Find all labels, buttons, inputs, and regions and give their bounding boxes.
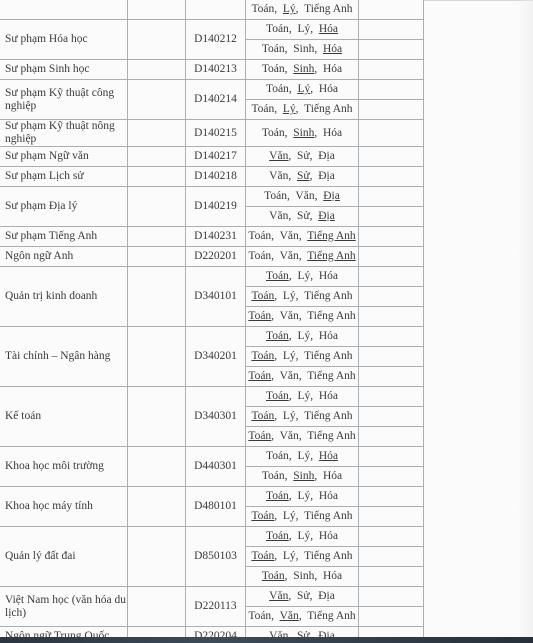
blank-cell <box>359 147 424 167</box>
subject-combination: Toán, Lý, Hóa <box>246 487 359 507</box>
subject: Sử <box>297 590 310 602</box>
subject-combination: Toán, Lý, Tiếng Anh <box>246 347 359 367</box>
subject: Sử <box>297 170 310 182</box>
subject-combination: Toán, Lý, Hóa <box>246 327 359 347</box>
subject: Hóa <box>319 490 338 502</box>
subject-combination: Toán, Sinh, Hóa <box>246 467 359 487</box>
major-name: Khoa học máy tính <box>0 487 128 527</box>
subject-combination: Toán, Văn, Tiếng Anh <box>246 227 359 247</box>
subject-combination: Toán, Sinh, Hóa <box>246 60 359 80</box>
subject-combination: Toán, Lý, Hóa <box>246 387 359 407</box>
subject: Toán <box>248 230 271 242</box>
major-code: D340101 <box>186 267 246 327</box>
subject: Hóa <box>319 330 338 342</box>
subject: Lý <box>297 270 310 282</box>
major-name: Sư phạm Kỹ thuật công nghiệp <box>0 80 128 120</box>
major-name: Sư phạm Hóa học <box>0 20 128 60</box>
subject-combination: Toán, Lý, Hóa <box>246 267 359 287</box>
table-row: Sư phạm Tiếng AnhD140231Toán, Văn, Tiếng… <box>0 227 424 247</box>
subject: Văn <box>280 370 299 382</box>
table-row: Khoa học máy tínhD480101Toán, Lý, Hóa <box>0 487 424 507</box>
major-code: D440301 <box>186 447 246 487</box>
subject-combination: Toán, Lý, Hóa <box>246 20 359 40</box>
subject-combination: Toán, Lý, Tiếng Anh <box>246 547 359 567</box>
blank-cell <box>128 387 186 447</box>
table-row: Sư phạm Lịch sửD140218Văn, Sử, Địa <box>0 167 424 187</box>
subject: Văn <box>280 230 299 242</box>
subject: Hóa <box>323 470 342 482</box>
blank-cell <box>128 147 186 167</box>
subject: Toán <box>262 570 285 582</box>
subject: Sử <box>297 210 310 222</box>
subject: Tiếng Anh <box>307 370 355 382</box>
blank-cell <box>128 487 186 527</box>
subject: Văn <box>269 590 288 602</box>
subject-combination: Văn, Sử, Địa <box>246 207 359 227</box>
subject: Địa <box>323 190 340 202</box>
subject-combination: Văn, Sử, Địa <box>246 587 359 607</box>
subject: Toán <box>266 450 289 462</box>
subject: Văn <box>280 250 299 262</box>
subject-combination: Toán, Văn, Tiếng Anh <box>246 427 359 447</box>
blank-cell <box>128 0 186 20</box>
blank-cell <box>128 247 186 267</box>
subject: Toán <box>251 290 274 302</box>
blank-cell <box>128 447 186 487</box>
subject: Tiếng Anh <box>304 510 352 522</box>
subject-combination: Toán, Sinh, Hóa <box>246 40 359 60</box>
major-code <box>186 0 246 20</box>
blank-cell <box>359 447 424 467</box>
blank-cell <box>128 327 186 387</box>
blank-cell <box>359 347 424 367</box>
blank-cell <box>128 80 186 120</box>
blank-cell <box>359 207 424 227</box>
blank-cell <box>359 60 424 80</box>
subject: Tiếng Anh <box>304 3 352 15</box>
blank-cell <box>359 407 424 427</box>
blank-cell <box>359 267 424 287</box>
scanner-bottom-edge <box>0 637 533 643</box>
table-row: Sư phạm Hóa họcD140212Toán, Lý, Hóa <box>0 20 424 40</box>
blank-cell <box>359 100 424 120</box>
subject: Lý <box>297 390 310 402</box>
subject: Lý <box>297 83 310 95</box>
subject-combination: Toán, Lý, Tiếng Anh <box>246 100 359 120</box>
subject-combination: Toán, Văn, Tiếng Anh <box>246 367 359 387</box>
major-name: Quản lý đất đai <box>0 527 128 587</box>
major-code: D140212 <box>186 20 246 60</box>
major-name: Sư phạm Ngữ văn <box>0 147 128 167</box>
subject-combination: Toán, Văn, Địa <box>246 187 359 207</box>
blank-cell <box>359 307 424 327</box>
table-row: Sư phạm Địa lýD140219Toán, Văn, Địa <box>0 187 424 207</box>
page-edge-shadow <box>517 0 533 637</box>
subject: Văn <box>280 610 299 622</box>
blank-cell <box>128 267 186 327</box>
subject-combination: Toán, Văn, Tiếng Anh <box>246 307 359 327</box>
subject: Toán <box>248 370 271 382</box>
subject: Lý <box>283 3 296 15</box>
subject: Văn <box>295 190 314 202</box>
subject: Toán <box>248 310 271 322</box>
subject: Tiếng Anh <box>304 410 352 422</box>
subject: Lý <box>297 490 310 502</box>
major-code: D140217 <box>186 147 246 167</box>
subject-combination: Toán, Sinh, Hóa <box>246 120 359 147</box>
subject-combination: Toán, Lý, Hóa <box>246 447 359 467</box>
major-name: Sư phạm Tiếng Anh <box>0 227 128 247</box>
blank-cell <box>128 20 186 60</box>
major-name: Ngôn ngữ Anh <box>0 247 128 267</box>
major-name: Khoa học môi trường <box>0 447 128 487</box>
major-code: D140219 <box>186 187 246 227</box>
blank-cell <box>359 0 424 20</box>
subject: Tiếng Anh <box>304 350 352 362</box>
blank-cell <box>359 120 424 147</box>
blank-cell <box>359 367 424 387</box>
blank-cell <box>128 587 186 627</box>
blank-cell <box>359 427 424 447</box>
subject: Tiếng Anh <box>304 550 352 562</box>
subject: Sinh <box>293 470 314 482</box>
subject: Hóa <box>319 530 338 542</box>
major-name: Sư phạm Sinh học <box>0 60 128 80</box>
major-name: Sư phạm Lịch sử <box>0 167 128 187</box>
subject: Sinh <box>293 43 314 55</box>
major-name: Kế toán <box>0 387 128 447</box>
subject: Địa <box>318 210 335 222</box>
subject: Toán <box>251 410 274 422</box>
table-row: Tài chính – Ngân hàngD340201Toán, Lý, Hó… <box>0 327 424 347</box>
subject: Toán <box>266 23 289 35</box>
major-code: D220113 <box>186 587 246 627</box>
subject: Toán <box>266 270 289 282</box>
blank-cell <box>359 227 424 247</box>
subject: Tiếng Anh <box>307 310 355 322</box>
major-name: Sư phạm Kỹ thuật nông nghiệp <box>0 120 128 147</box>
blank-cell <box>359 327 424 347</box>
major-name <box>0 0 128 20</box>
blank-cell <box>128 167 186 187</box>
blank-cell <box>359 567 424 587</box>
blank-cell <box>359 167 424 187</box>
subject-combination: Văn, Sử, Địa <box>246 147 359 167</box>
subject: Toán <box>266 330 289 342</box>
blank-cell <box>359 287 424 307</box>
blank-cell <box>359 507 424 527</box>
major-code: D340301 <box>186 387 246 447</box>
subject: Toán <box>262 63 285 75</box>
major-code: D140215 <box>186 120 246 147</box>
table-row: Sư phạm Kỹ thuật nông nghiệpD140215Toán,… <box>0 120 424 147</box>
major-code: D140231 <box>186 227 246 247</box>
subject: Toán <box>251 3 274 15</box>
subject: Toán <box>266 83 289 95</box>
subject: Lý <box>297 23 310 35</box>
blank-cell <box>359 247 424 267</box>
table-row: Sư phạm Sinh họcD140213Toán, Sinh, Hóa <box>0 60 424 80</box>
subject-combination: Toán, Lý, Hóa <box>246 527 359 547</box>
subject: Hóa <box>319 270 338 282</box>
subject: Lý <box>283 410 296 422</box>
blank-cell <box>359 487 424 507</box>
subject: Hóa <box>323 570 342 582</box>
blank-cell <box>359 387 424 407</box>
subject: Hóa <box>319 390 338 402</box>
subject: Toán <box>264 190 287 202</box>
table-row: Khoa học môi trườngD440301Toán, Lý, Hóa <box>0 447 424 467</box>
subject: Lý <box>283 290 296 302</box>
subject: Lý <box>297 530 310 542</box>
table-row: Kế toánD340301Toán, Lý, Hóa <box>0 387 424 407</box>
subject: Tiếng Anh <box>307 610 355 622</box>
table-row: Sư phạm Ngữ vănD140217Văn, Sử, Địa <box>0 147 424 167</box>
subject: Toán <box>251 510 274 522</box>
subject: Tiếng Anh <box>307 430 355 442</box>
table-row: Việt Nam học (văn hóa du lịch)D220113Văn… <box>0 587 424 607</box>
subject-combination: Toán, Văn, Tiếng Anh <box>246 607 359 627</box>
subject: Tiếng Anh <box>307 250 355 262</box>
subject: Hóa <box>323 43 342 55</box>
subject: Lý <box>283 510 296 522</box>
table-row: Toán, Lý, Tiếng Anh <box>0 0 424 20</box>
major-name: Sư phạm Địa lý <box>0 187 128 227</box>
major-name: Tài chính – Ngân hàng <box>0 327 128 387</box>
blank-cell <box>128 187 186 227</box>
subject: Địa <box>318 150 335 162</box>
subject: Lý <box>297 450 310 462</box>
majors-table: Toán, Lý, Tiếng AnhSư phạm Hóa họcD14021… <box>0 0 424 643</box>
subject: Tiếng Anh <box>304 290 352 302</box>
subject-combination: Văn, Sử, Địa <box>246 167 359 187</box>
subject: Sinh <box>293 63 314 75</box>
table-row: Quản trị kinh doanhD340101Toán, Lý, Hóa <box>0 267 424 287</box>
subject: Toán <box>262 127 285 139</box>
subject: Tiếng Anh <box>307 230 355 242</box>
blank-cell <box>359 547 424 567</box>
table-row: Quản lý đất đaiD850103Toán, Lý, Hóa <box>0 527 424 547</box>
blank-cell <box>128 120 186 147</box>
major-code: D140218 <box>186 167 246 187</box>
blank-cell <box>359 40 424 60</box>
subject: Địa <box>318 170 335 182</box>
major-code: D480101 <box>186 487 246 527</box>
subject: Lý <box>283 550 296 562</box>
subject: Lý <box>297 330 310 342</box>
blank-cell <box>359 20 424 40</box>
subject: Lý <box>283 350 296 362</box>
subject-combination: Toán, Sinh, Hóa <box>246 567 359 587</box>
subject: Toán <box>266 390 289 402</box>
subject: Toán <box>251 103 274 115</box>
major-code: D140214 <box>186 80 246 120</box>
subject: Hóa <box>323 63 342 75</box>
blank-cell <box>359 187 424 207</box>
blank-cell <box>128 227 186 247</box>
subject: Toán <box>251 350 274 362</box>
subject: Sinh <box>293 570 314 582</box>
subject: Hóa <box>319 23 338 35</box>
blank-cell <box>128 60 186 80</box>
subject: Lý <box>283 103 296 115</box>
subject: Toán <box>248 610 271 622</box>
major-code: D850103 <box>186 527 246 587</box>
subject: Tiếng Anh <box>304 103 352 115</box>
table-row: Ngôn ngữ AnhD220201Toán, Văn, Tiếng Anh <box>0 247 424 267</box>
subject-combination: Toán, Lý, Tiếng Anh <box>246 407 359 427</box>
subject: Toán <box>262 470 285 482</box>
subject-combination: Toán, Lý, Tiếng Anh <box>246 507 359 527</box>
subject: Địa <box>318 590 335 602</box>
blank-cell <box>359 80 424 100</box>
major-name: Việt Nam học (văn hóa du lịch) <box>0 587 128 627</box>
subject: Văn <box>280 430 299 442</box>
subject: Hóa <box>323 127 342 139</box>
subject-combination: Toán, Lý, Tiếng Anh <box>246 287 359 307</box>
major-code: D140213 <box>186 60 246 80</box>
subject-combination: Toán, Lý, Tiếng Anh <box>246 0 359 20</box>
blank-cell <box>359 607 424 627</box>
subject: Văn <box>269 150 288 162</box>
subject: Toán <box>248 430 271 442</box>
blank-cell <box>359 527 424 547</box>
major-name: Quản trị kinh doanh <box>0 267 128 327</box>
scanned-page: Toán, Lý, Tiếng AnhSư phạm Hóa họcD14021… <box>0 0 533 643</box>
subject: Sử <box>297 150 310 162</box>
subject: Toán <box>266 530 289 542</box>
subject: Toán <box>251 550 274 562</box>
major-code: D220201 <box>186 247 246 267</box>
subject: Toán <box>262 43 285 55</box>
blank-cell <box>128 527 186 587</box>
subject-combination: Toán, Văn, Tiếng Anh <box>246 247 359 267</box>
blank-cell <box>359 587 424 607</box>
subject: Văn <box>269 170 288 182</box>
subject-combination: Toán, Lý, Hóa <box>246 80 359 100</box>
table-row: Sư phạm Kỹ thuật công nghiệpD140214Toán,… <box>0 80 424 100</box>
subject: Hóa <box>319 83 338 95</box>
subject: Toán <box>266 490 289 502</box>
blank-cell <box>359 467 424 487</box>
subject: Sinh <box>293 127 314 139</box>
subject: Toán <box>248 250 271 262</box>
subject: Văn <box>280 310 299 322</box>
subject: Hóa <box>319 450 338 462</box>
major-code: D340201 <box>186 327 246 387</box>
subject: Văn <box>269 210 288 222</box>
